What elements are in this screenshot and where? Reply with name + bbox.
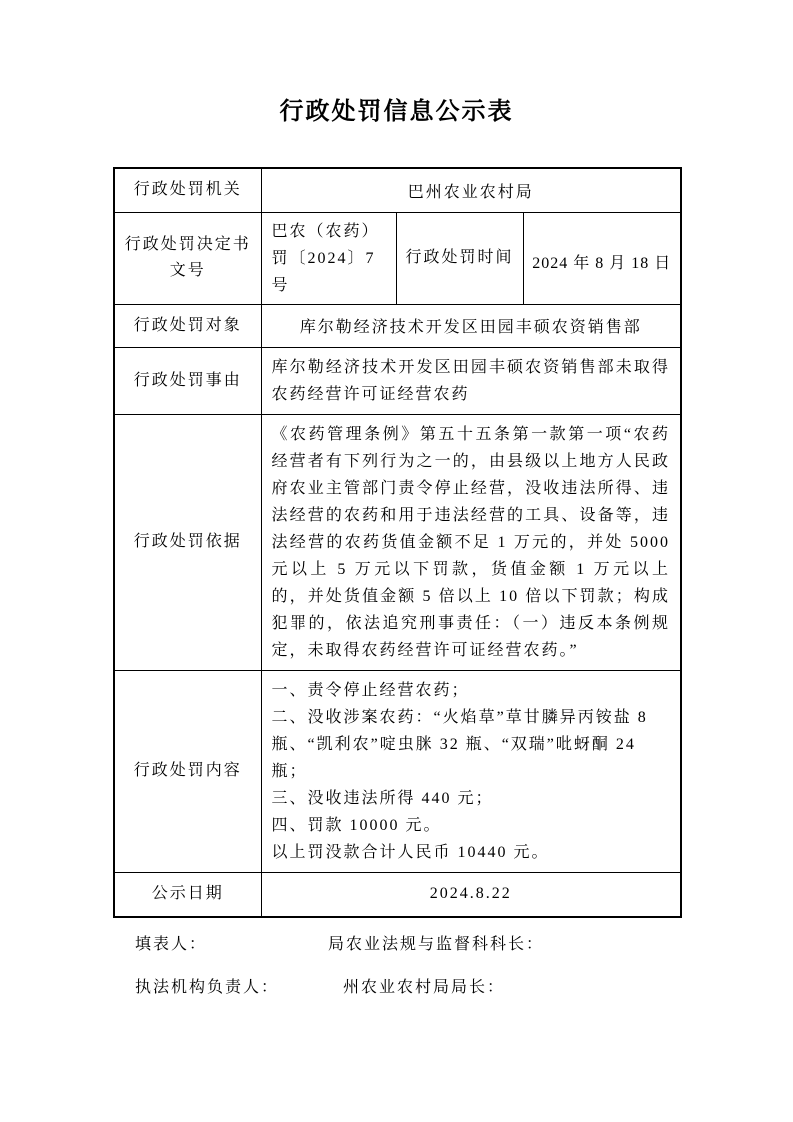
publish-date-label-cell: 公示日期 [114, 872, 261, 917]
agency-value-cell: 巴州农业农村局 [261, 168, 681, 212]
director-label: 州农业农村局局长： [343, 979, 505, 996]
penalty-info-table: 行政处罚机关 巴州农业农村局 行政处罚决定书文号 巴农（农药）罚〔2024〕7 … [113, 167, 682, 918]
agency-label-cell: 行政处罚机关 [114, 168, 261, 212]
content-line-1: 一、责令停止经营农药； [272, 677, 671, 704]
penalty-time-value-cell: 2024 年 8 月 18 日 [523, 212, 681, 304]
enforcement-head-label: 执法机构负责人： [135, 977, 337, 999]
content-label-cell: 行政处罚内容 [114, 670, 261, 872]
row-penalty-basis: 行政处罚依据 《农药管理条例》第五十五条第一款第一项“农药经营者有下列行为之一的… [114, 414, 681, 670]
enforcement-signature-row: 执法机构负责人： 州农业农村局局长： [135, 977, 793, 999]
decision-number-value-cell: 巴农（农药）罚〔2024〕7 号 [261, 212, 396, 304]
row-penalty-reason: 行政处罚事由 库尔勒经济技术开发区田园丰硕农资销售部未取得农药经营许可证经营农药 [114, 347, 681, 414]
row-penalty-agency: 行政处罚机关 巴州农业农村局 [114, 168, 681, 212]
page-title: 行政处罚信息公示表 [0, 0, 793, 127]
document-page: 行政处罚信息公示表 行政处罚机关 巴州农业农村局 行政处罚决定书文号 巴农（农药… [0, 0, 793, 1122]
basis-label-cell: 行政处罚依据 [114, 414, 261, 670]
filler-label: 填表人： [135, 934, 322, 956]
filler-signature-row: 填表人： 局农业法规与监督科科长： [135, 934, 793, 956]
row-penalty-content: 行政处罚内容 一、责令停止经营农药； 二、没收涉案农药：“火焰草”草甘膦异丙铵盐… [114, 670, 681, 872]
decision-number-label-cell: 行政处罚决定书文号 [114, 212, 261, 304]
content-line-2: 二、没收涉案农药：“火焰草”草甘膦异丙铵盐 8 瓶、“凯利农”啶虫脒 32 瓶、… [272, 704, 671, 785]
basis-value-cell: 《农药管理条例》第五十五条第一款第一项“农药经营者有下列行为之一的，由县级以上地… [261, 414, 681, 670]
content-line-3: 三、没收违法所得 440 元； [272, 785, 671, 812]
content-value-cell: 一、责令停止经营农药； 二、没收涉案农药：“火焰草”草甘膦异丙铵盐 8 瓶、“凯… [261, 670, 681, 872]
target-value-cell: 库尔勒经济技术开发区田园丰硕农资销售部 [261, 304, 681, 347]
row-penalty-target: 行政处罚对象 库尔勒经济技术开发区田园丰硕农资销售部 [114, 304, 681, 347]
reason-value-cell: 库尔勒经济技术开发区田园丰硕农资销售部未取得农药经营许可证经营农药 [261, 347, 681, 414]
penalty-time-label-cell: 行政处罚时间 [396, 212, 523, 304]
content-line-5: 以上罚没款合计人民币 10440 元。 [272, 839, 671, 866]
target-label-cell: 行政处罚对象 [114, 304, 261, 347]
reason-label-cell: 行政处罚事由 [114, 347, 261, 414]
content-line-4: 四、罚款 10000 元。 [272, 812, 671, 839]
row-decision-number: 行政处罚决定书文号 巴农（农药）罚〔2024〕7 号 行政处罚时间 2024 年… [114, 212, 681, 304]
reviewer-label: 局农业法规与监督科科长： [328, 936, 544, 953]
signature-block: 填表人： 局农业法规与监督科科长： 执法机构负责人： 州农业农村局局长： [135, 934, 793, 999]
publish-date-value-cell: 2024.8.22 [261, 872, 681, 917]
row-publish-date: 公示日期 2024.8.22 [114, 872, 681, 917]
